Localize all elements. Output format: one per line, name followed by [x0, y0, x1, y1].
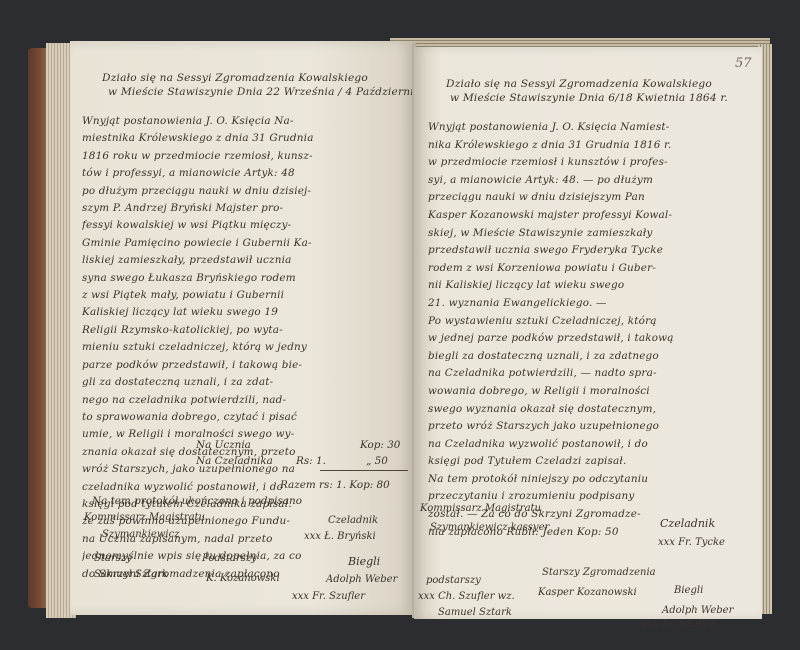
body-line: przeto wróż Starszych jako uzupełnionego — [428, 418, 754, 436]
right-subelder-second: Samuel Sztark — [438, 607, 512, 618]
body-line: Kaliskiej liczący lat wieku swego 19 — [82, 304, 408, 321]
body-line: z wsi Piątek mały, powiatu i Gubernii — [82, 287, 408, 304]
body-line: Wnyjąt postanowienia J. O. Księcia Na- — [82, 113, 408, 130]
right-heading-line: w Mieście Stawiszynie Dnia 6/18 Kwietnia… — [446, 91, 728, 105]
body-line: Na tem protokół niniejszy po odczytaniu — [428, 471, 754, 489]
body-line: miestnika Królewskiego z dnia 31 Grudnia — [82, 130, 408, 147]
left-subelder-name: K. Kozanowski — [206, 573, 280, 584]
fee-total: Razem rs: 1. Kop: 80 — [280, 479, 390, 491]
body-line: nii Kaliskiej liczący lat wieku swego — [428, 277, 754, 295]
right-elder-title: Starszy Zgromadzenia — [542, 567, 656, 578]
right-commissioner-name: Szymankiewicz kassyer — [430, 522, 549, 533]
right-subelder-name: xxx Ch. Szufler wz. — [418, 591, 515, 602]
body-line: nika Królewskiego z dnia 31 Grudnia 1816… — [428, 137, 754, 155]
body-line: to sprawowania dobrego, czytać i pisać — [82, 409, 408, 426]
open-register-book: Działo się na Sessyi Zgromadzenia Kowals… — [28, 38, 788, 638]
body-line: przedstawił ucznia swego Fryderyka Tycke — [428, 242, 754, 260]
left-elder-title: Starszy — [94, 553, 132, 564]
body-line: Gminie Pamięcino powiecie i Gubernii Ka- — [82, 235, 408, 252]
right-expert-1: Adolph Weber — [662, 605, 733, 616]
body-line: syna swego Łukasza Bryńskiego rodem — [82, 270, 408, 287]
left-apprentice-name: xxx Ł. Bryński — [304, 531, 376, 542]
body-line: tów i professyi, a mianowicie Artyk: 48 — [82, 165, 408, 182]
right-commissioner-title: Kommissarz Magistratu — [420, 503, 541, 514]
body-line: nego na czeladnika potwierdzili, nad- — [82, 392, 408, 409]
left-subelder-title: Podstarszy — [202, 553, 257, 564]
body-line: mieniu sztuki czeladniczej, którą w jedn… — [82, 339, 408, 356]
body-line: szym P. Andrzej Bryński Majster pro- — [82, 200, 408, 217]
left-expert-1: Adolph Weber — [326, 574, 397, 585]
body-line: rodem z wsi Korzeniowa powiatu i Guber- — [428, 260, 754, 278]
fee-kop-journeyman: „ 50 — [366, 455, 388, 467]
body-line: na Czeladnika potwierdzili, — nadto spra… — [428, 365, 754, 383]
body-line: księgi pod Tytułem Czeladzi zapisał. — [428, 453, 754, 471]
left-elder-name: Samuel Sztark — [94, 569, 168, 580]
left-commissioner-name: Szymankiewicz — [102, 529, 179, 540]
right-expert-2: xxx Fr. Szufler — [642, 619, 715, 630]
body-line: swego wyznania okazał się dostatecznym, — [428, 401, 754, 419]
right-apprentice-name: xxx Fr. Tycke — [658, 537, 725, 548]
right-page-body: Wnyjąt postanowienia J. O. Księcia Namie… — [428, 119, 754, 541]
body-line: parze podków przedstawił, i takową bie- — [82, 357, 408, 374]
body-line: na Czeladnika wyzwolić postanowił, i do — [428, 436, 754, 454]
body-line: biegli za dostateczną uznali, i za zdatn… — [428, 348, 754, 366]
left-page: Działo się na Sessyi Zgromadzenia Kowals… — [70, 41, 414, 615]
body-line: po dłużym przeciągu nauki w dniu dzisiej… — [82, 183, 408, 200]
body-line: przeciągu nauki w dniu dzisiejszym Pan — [428, 189, 754, 207]
left-closing-statement: Na tem protokół ukończono i podpisano — [92, 495, 302, 507]
body-line: Religii Rzymsko-katolickiej, po wyta- — [82, 322, 408, 339]
left-apprentice-title: Czeladnik — [328, 515, 378, 526]
left-experts-title: Biegli — [348, 555, 380, 568]
body-line: 21. wyznania Ewangelickiego. — — [428, 295, 754, 313]
left-expert-2: xxx Fr. Szufler — [292, 591, 365, 602]
body-line: fessyi kowalskiej w wsi Piątku mięczy- — [82, 217, 408, 234]
fee-amount-apprentice: Kop: 30 — [360, 439, 400, 451]
body-line: syi, a mianowicie Artyk: 48. — po dłużym — [428, 172, 754, 190]
fee-underline — [320, 470, 408, 471]
body-line: Wnyjąt postanowienia J. O. Księcia Namie… — [428, 119, 754, 137]
right-apprentice-title: Czeladnik — [660, 517, 715, 530]
body-line: Po wystawieniu sztuki Czeladniczej, któr… — [428, 313, 754, 331]
right-heading-line: Działo się na Sessyi Zgromadzenia Kowals… — [446, 77, 728, 91]
body-line: wowania dobrego, w Religii i moralności — [428, 383, 754, 401]
right-experts-title: Biegli — [674, 585, 703, 596]
body-line: w przedmiocie rzemiosł i kunsztów i prof… — [428, 154, 754, 172]
body-line: Kasper Kozanowski majster professyi Kowa… — [428, 207, 754, 225]
left-commissioner-title: Kommissarz Magistratu — [84, 512, 205, 523]
body-line: gli za dostateczną uznali, i za zdat- — [82, 374, 408, 391]
body-line: 1816 roku w przedmiocie rzemiosł, kunsz- — [82, 148, 408, 165]
body-line: w jednej parze podków przedstawił, i tak… — [428, 330, 754, 348]
fee-label-apprentice: Na Ucznia — [196, 439, 251, 451]
right-subelder-title: podstarszy — [426, 575, 481, 586]
fee-label-journeyman: Na Czeladnika — [196, 455, 273, 467]
right-page-heading: Działo się na Sessyi Zgromadzenia Kowals… — [446, 77, 728, 105]
body-line: liskiej zamieszkały, przedstawił ucznia — [82, 252, 408, 269]
body-line: skiej, w Mieście Stawiszynie zamieszkały — [428, 225, 754, 243]
right-elder-name: Kasper Kozanowski — [538, 587, 637, 598]
page-number: 57 — [735, 56, 752, 71]
fee-rubles-journeyman: Rs: 1. — [296, 455, 326, 467]
right-page: 57 Działo się na Sessyi Zgromadzenia Kow… — [414, 47, 762, 619]
